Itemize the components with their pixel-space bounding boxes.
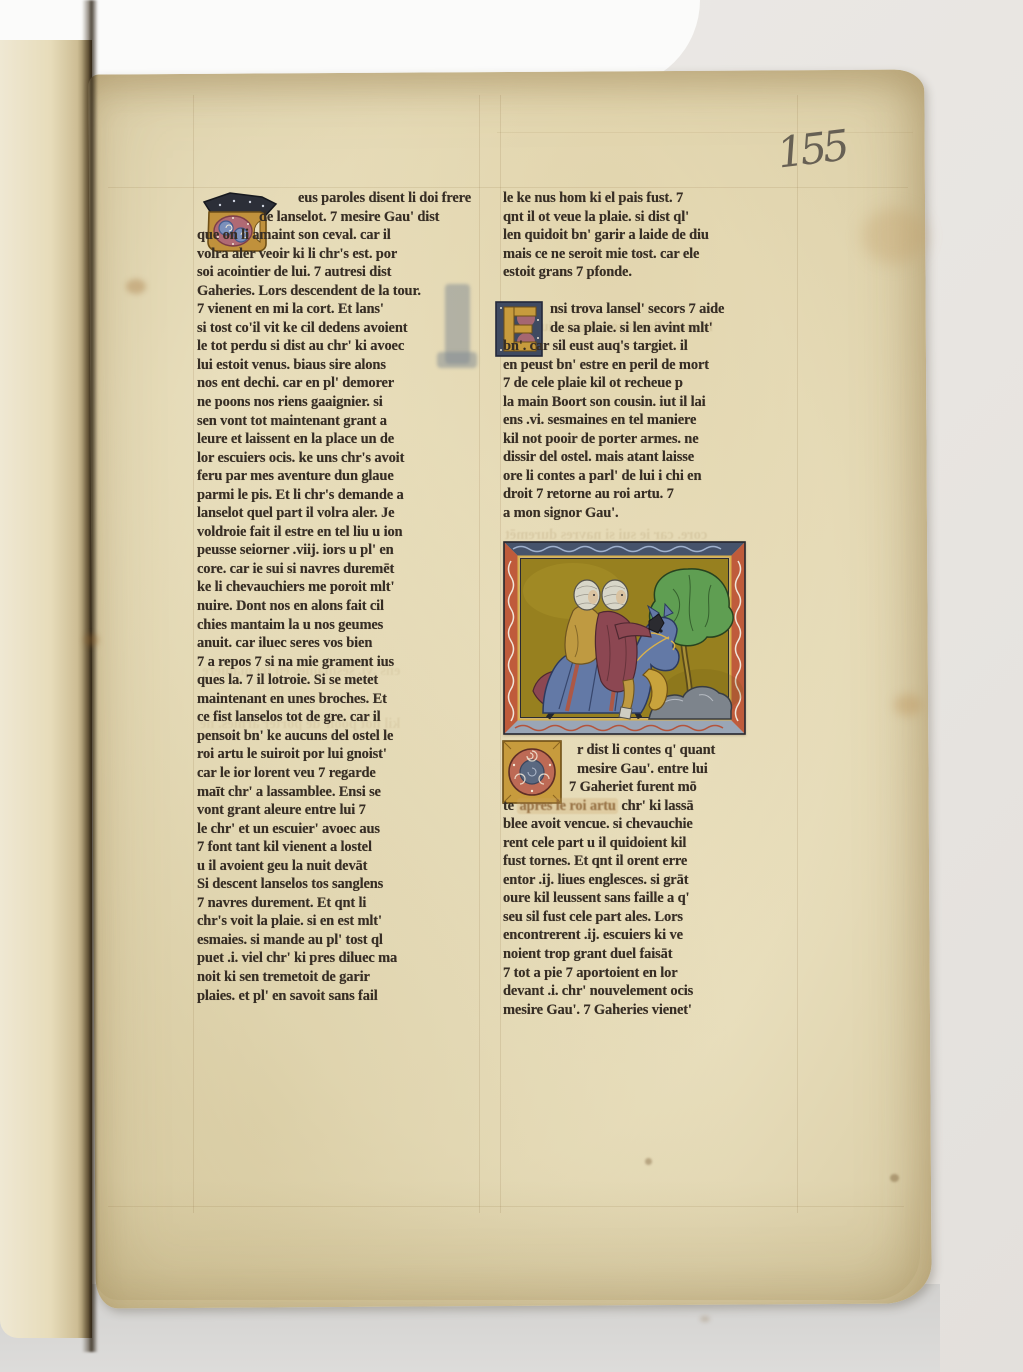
text-line: puet .i. viel chr' ki pres diluec ma	[197, 949, 482, 968]
right-column-part2-lines: nsi trova lansel' secors 7 aidede sa pla…	[503, 300, 797, 523]
text-line: lanselot quel part il volra aler. Je	[197, 504, 482, 523]
text-line: ens .vi. sesmaines en tel maniere	[503, 411, 797, 430]
text-line: maīt chr' a lassamblee. Ensi se	[197, 783, 482, 802]
text-line: dissir del ostel. mais atant laisse	[503, 448, 797, 467]
text-line: le chr' et un escuier' avoec aus	[197, 820, 482, 839]
right-column-part1-lines: le ke nus hom ki el pais fust. 7qnt il o…	[503, 189, 797, 282]
text-line: de lanselot. 7 mesire Gau' dist	[197, 208, 482, 227]
text-line: que on li amaint son ceval. car il	[197, 226, 482, 245]
text-line: bn'. car sil eust auq's targiet. il	[503, 337, 797, 356]
miniature-scene	[521, 559, 743, 719]
text-line: 7 font tant kil vienent a lostel	[197, 838, 482, 857]
text-line: a mon signor Gau'.	[503, 504, 797, 523]
text-line: estoit grans 7 pfonde.	[503, 263, 797, 282]
right-column-part3-bottom-lines: blee avoit vencue. si chevauchierent cel…	[503, 815, 797, 1019]
text-line: 7 navres durement. Et qnt li	[197, 894, 482, 913]
text-line: 7 de cele plaie kil ot recheue p	[503, 374, 797, 393]
text-line: u il avoient geu la nuit devāt	[197, 857, 482, 876]
stain	[700, 1316, 710, 1322]
text-line: nuire. Dont nos en alons fait cil	[197, 597, 482, 616]
text-line: ke li chevauchiers me poroit mlt'	[197, 578, 482, 597]
text-line: devant .i. chr' nouvelement ocis	[503, 982, 797, 1001]
left-column-lines: eus paroles disent li doi frerede lansel…	[197, 189, 482, 1005]
text-line-with-erasure: te apres le roi artu chr' ki lassā	[503, 797, 797, 816]
text-line: rent cele part u il quidoient kil	[503, 834, 797, 853]
text-line: volra aler veoir ki li chr's est. por	[197, 245, 482, 264]
text-line: lor escuiers ocis. ke uns chr's avoit	[197, 449, 482, 468]
text-line: en peust bn' estre en peril de mort	[503, 356, 797, 375]
right-column-part2: nsi trova lansel' secors 7 aidede sa pla…	[503, 300, 797, 523]
text-line: parmi le pis. Et li chr's demande a	[197, 486, 482, 505]
ruling-line-horizontal	[108, 1206, 904, 1207]
text-line: fust tornes. Et qnt il orent erre	[503, 852, 797, 871]
right-column-part3: r dist li contes q' quantmesire Gau'. en…	[503, 741, 797, 1019]
text-line: ne poons nos riens gaaignier. si	[197, 393, 482, 412]
text-line: mesire Gau'. 7 Gaheries vienet'	[503, 1001, 797, 1020]
text-line: noit ki sen tremetoit de garir	[197, 968, 482, 987]
stain	[894, 694, 922, 716]
text-line: Si descent lanselos tos sanglens	[197, 875, 482, 894]
text-line: nsi trova lansel' secors 7 aide	[503, 300, 797, 319]
text-line: lui estoit venus. biaus sire alons	[197, 356, 482, 375]
text-line: chr's voit la plaie. si en est mlt'	[197, 912, 482, 931]
text-line: mesire Gau'. entre lui	[503, 760, 797, 779]
text-line: le tot perdu si dist au chr' ki avoec	[197, 337, 482, 356]
ruling-line-vertical	[797, 95, 798, 1213]
text-line: blee avoit vencue. si chevauchie	[503, 815, 797, 834]
miniature	[503, 541, 746, 735]
folio-number: 155	[775, 116, 892, 193]
erased-text-segment: apres le roi artu	[517, 798, 617, 814]
text-line: entor .ij. liues englesces. si grāt	[503, 871, 797, 890]
text-line: le ke nus hom ki el pais fust. 7	[503, 189, 797, 208]
ruling-line-vertical	[500, 95, 501, 1213]
photograph: la main Boort son cousin. iut il lai cor…	[0, 0, 1023, 1372]
text-line: leure et laissent en la place un de	[197, 430, 482, 449]
text-segment: chr' ki lassā	[618, 798, 694, 814]
stain	[862, 208, 926, 264]
text-line: droit 7 retorne au roi artu. 7	[503, 485, 797, 504]
text-line: 7 tot a pie 7 aportoient en lor	[503, 964, 797, 983]
text-line: pensoit bn' ke aucuns del ostel le	[197, 727, 482, 746]
text-line: ce fist lanselos tot de gre. car il	[197, 708, 482, 727]
text-line: ore li contes a parl' de lui i chi en	[503, 467, 797, 486]
text-line: len quidoit bn' garir a laide de diu	[503, 226, 797, 245]
stain	[84, 634, 99, 646]
text-line: vont grant aleure entre lui 7	[197, 801, 482, 820]
text-line: la main Boort son cousin. iut il lai	[503, 393, 797, 412]
text-line: noient trop grant duel faisāt	[503, 945, 797, 964]
text-line: oure kil leussent sans faille a q'	[503, 889, 797, 908]
text-line: plaies. et pl' en savoit sans fail	[197, 987, 482, 1006]
text-line: ques la. 7 il lotroie. Si se metet	[197, 671, 482, 690]
text-line: kil not pooir de porter armes. ne	[503, 430, 797, 449]
text-line: sen vont tot maintenant grant a	[197, 412, 482, 431]
stain	[126, 279, 146, 294]
text-line: r dist li contes q' quant	[503, 741, 797, 760]
text-line: anuit. car iluec seres vos bien	[197, 634, 482, 653]
text-line: 7 vienent en mi la cort. Et lans'	[197, 300, 482, 319]
text-line: soi acointier de lui. 7 autresi dist	[197, 263, 482, 282]
text-line: peusse seiorner .viij. iors u pl' en	[197, 541, 482, 560]
text-line: encontrerent .ij. escuiers ki ve	[503, 926, 797, 945]
right-column-part1: le ke nus hom ki el pais fust. 7qnt il o…	[503, 189, 797, 282]
text-line: feru par mes aventure dun glaue	[197, 467, 482, 486]
wormhole	[645, 1158, 652, 1165]
text-line: roi artu le suiroit por lui gnoist'	[197, 745, 482, 764]
text-line: Gaheries. Lors descendent de la tour.	[197, 282, 482, 301]
text-line: 7 Gaheriet furent mō	[503, 778, 797, 797]
text-line: mais ce ne seroit mie tost. car ele	[503, 245, 797, 264]
text-line: maintenant en unes broches. Et	[197, 690, 482, 709]
left-column: eus paroles disent li doi frerede lansel…	[197, 189, 482, 1005]
text-line: seu sil fust cele part ales. Lors	[503, 908, 797, 927]
wormhole	[890, 1174, 899, 1182]
text-line: chies mantaim la u nos geumes	[197, 616, 482, 635]
text-line: de sa plaie. si len avint mlt'	[503, 319, 797, 338]
right-column-part3-top-lines: r dist li contes q' quantmesire Gau'. en…	[503, 741, 797, 797]
text-line: esmaies. si mande au pl' tost ql	[197, 931, 482, 950]
text-line: 7 a repos 7 si na mie grament ius	[197, 653, 482, 672]
text-line: core. car ie sui si navres duremēt	[197, 560, 482, 579]
text-line: eus paroles disent li doi frere	[197, 189, 482, 208]
book-gutter	[82, 0, 98, 1352]
text-line: qnt il ot veue la plaie. si dist ql'	[503, 208, 797, 227]
text-line: si tost co'il vit ke cil dedens avoient	[197, 319, 482, 338]
text-line: car le ior lorent veu 7 regarde	[197, 764, 482, 783]
facing-page-edge	[0, 40, 92, 1338]
text-line: nos ent dechi. car en pl' demorer	[197, 374, 482, 393]
text-line: voldroie fait il estre en tel liu u ion	[197, 523, 482, 542]
ruling-line-vertical	[193, 95, 194, 1213]
text-segment: te	[503, 798, 517, 814]
